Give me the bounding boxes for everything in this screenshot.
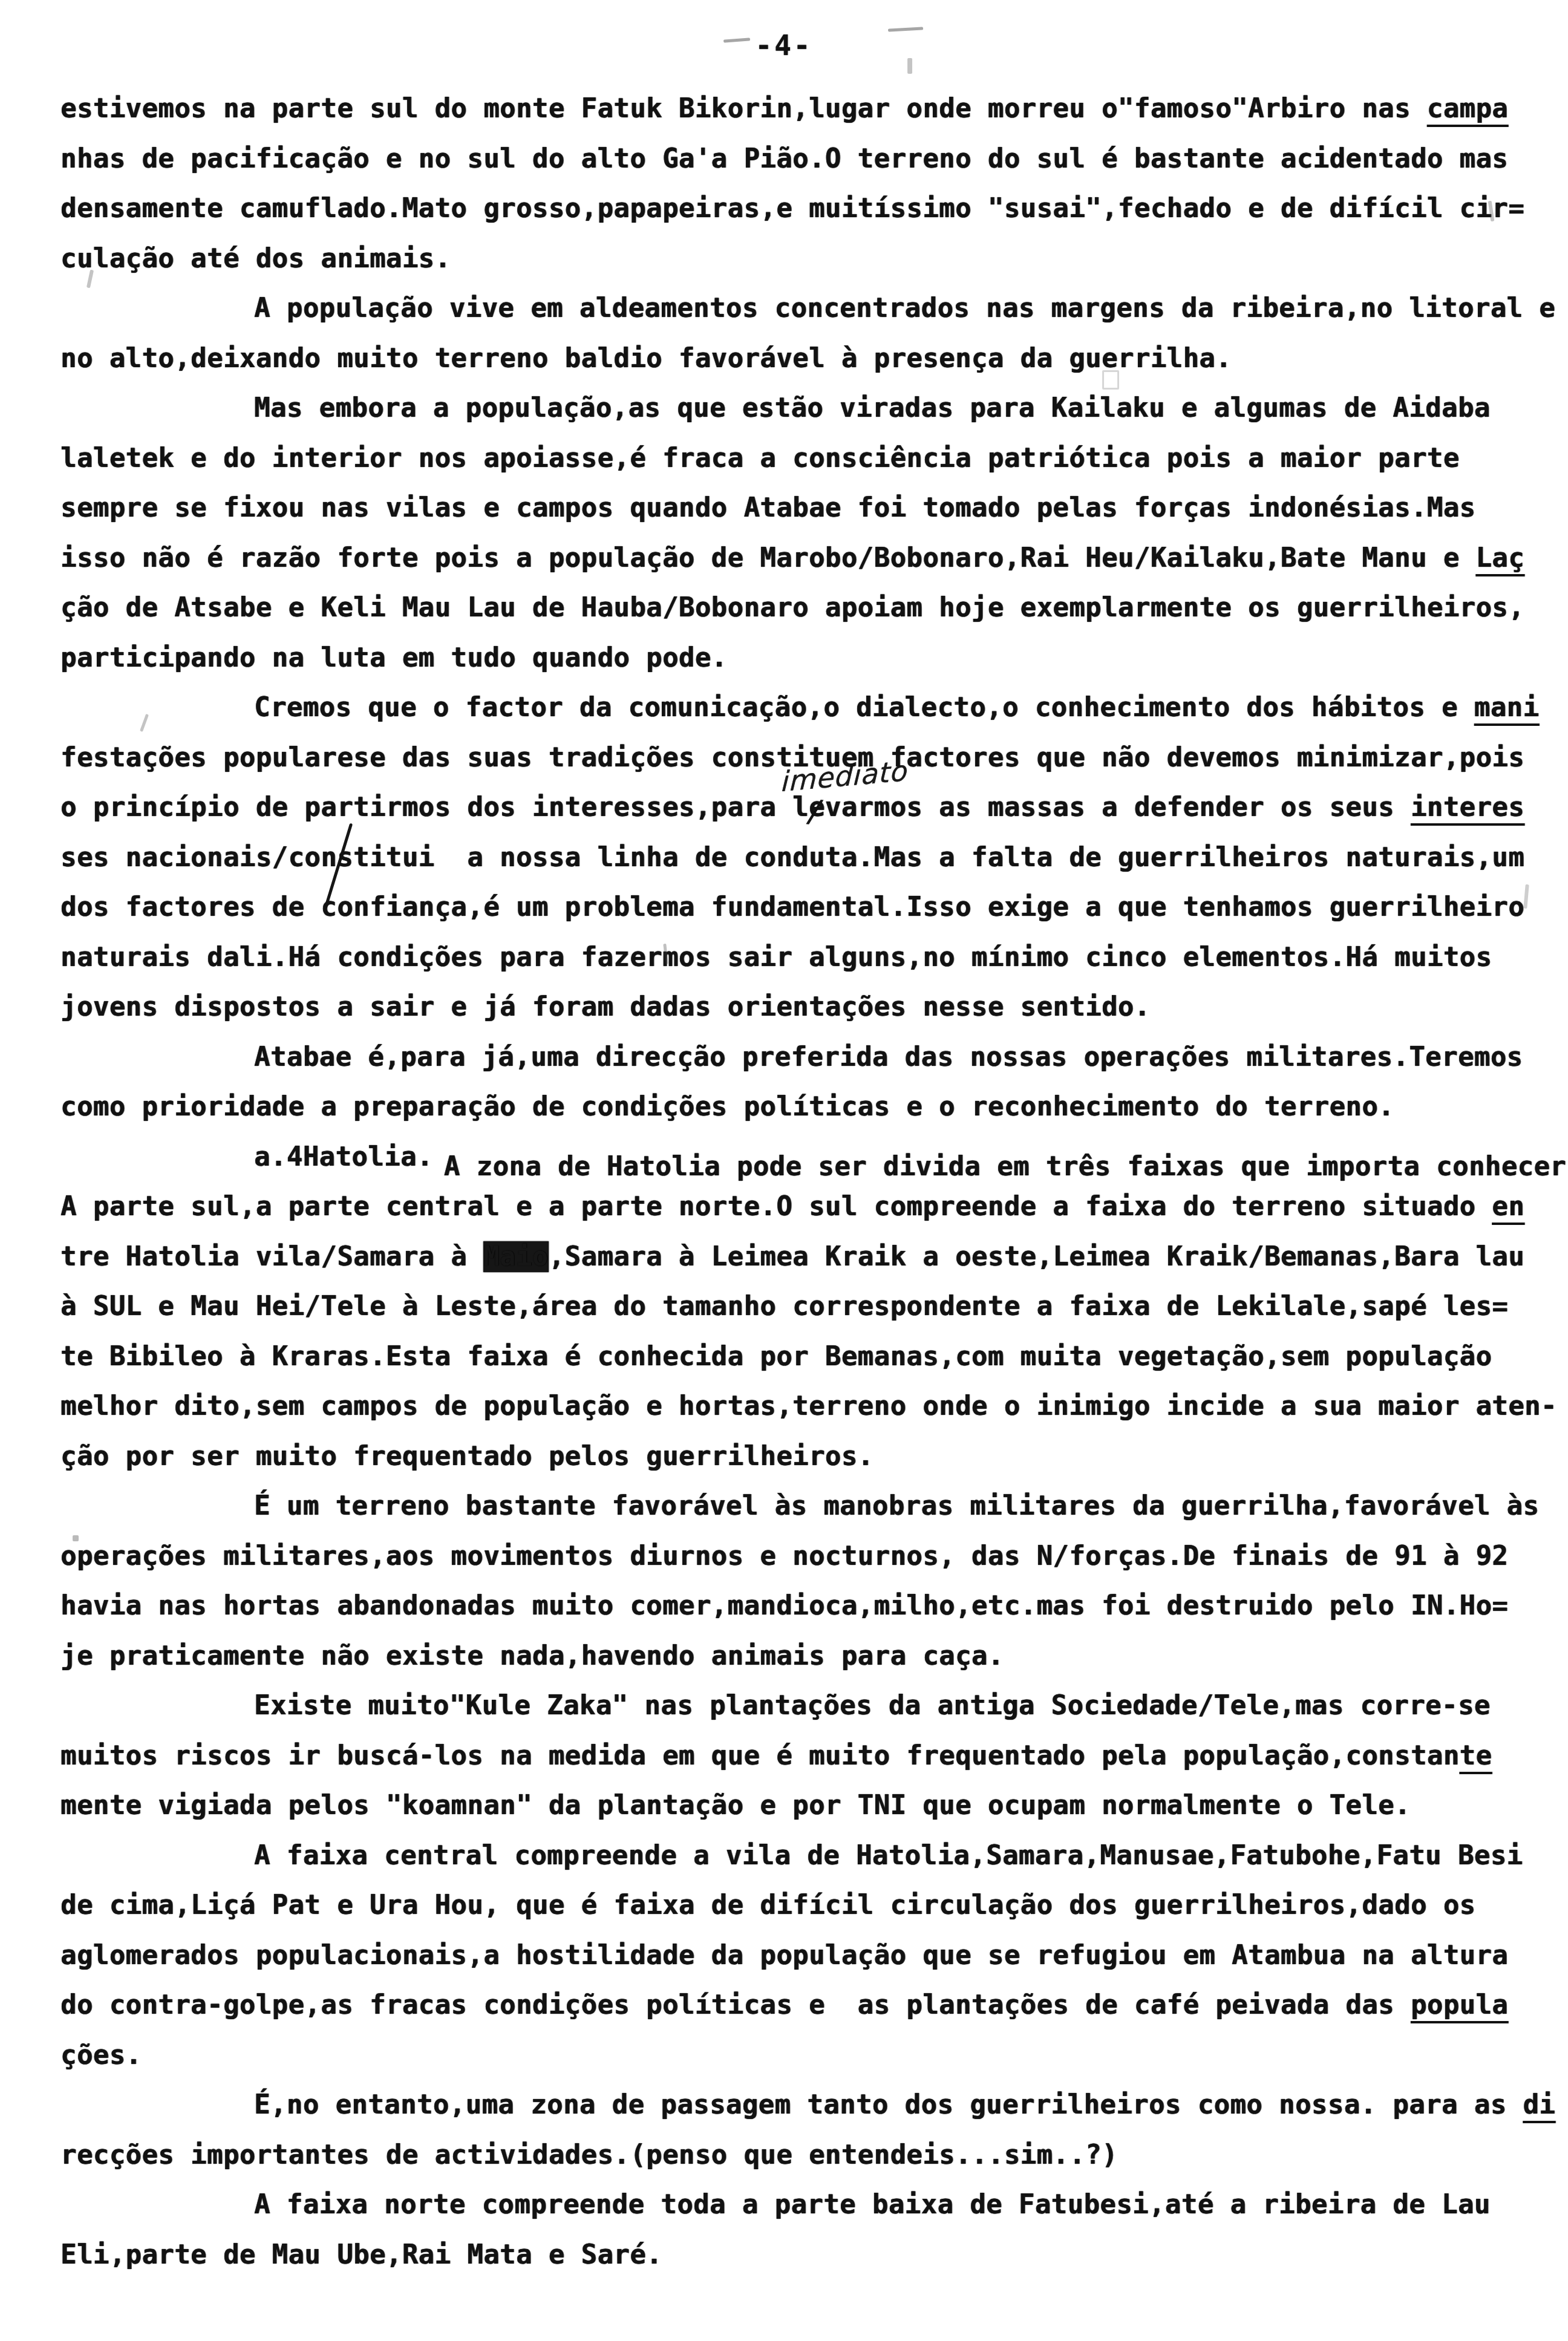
line-text: no alto,deixando muito terreno baldio fa… [60,343,1232,374]
text-line: É um terreno bastante favorável às manob… [60,1487,1550,1537]
line-text: nhas de pacificação e no sul do alto Ga'… [60,143,1508,174]
text-line: Eli,parte de Mau Ube,Rai Mata e Saré. [60,2236,1550,2286]
text-line: recções importantes de actividades.(pens… [60,2136,1550,2186]
line-text: estivemos na parte sul do monte Fatuk Bi… [60,93,1427,124]
line-text: te Bibileo à Kraras.Esta faixa é conheci… [60,1341,1492,1372]
text-line: A parte sul,a parte central e a parte no… [60,1187,1550,1238]
text-line: à SUL e Mau Hei/Tele à Leste,área do tam… [60,1287,1550,1337]
text-line: tre Hatolia vila/Samara à Maio,Samara à … [60,1238,1550,1288]
line-text: ções. [60,2040,142,2071]
text-line: A população vive em aldeamentos concentr… [60,289,1550,339]
text-line: Mas embora a população,as que estão vira… [60,389,1550,439]
text-line: operações militares,aos movimentos diurn… [60,1537,1550,1587]
text-line: estivemos na parte sul do monte Fatuk Bi… [60,90,1550,140]
line-text: ,Samara à Leimea Kraik a oeste,Leimea Kr… [549,1241,1524,1272]
line-text: como prioridade a preparação de condiçõe… [60,1091,1394,1122]
text-line: aglomerados populacionais,a hostilidade … [60,1936,1550,1987]
scanned-document-page: -4- imediato / estivemos na parte sul do… [0,0,1568,2341]
text-line: culação até dos animais. [60,240,1550,290]
line-text: ção por ser muito frequentado pelos guer… [60,1441,874,1472]
text-line: o princípio de partirmos dos interesses,… [60,788,1550,838]
text-line: sempre se fixou nas vilas e campos quand… [60,489,1550,539]
line-segment-underline: di [1523,2089,1555,2120]
line-text: melhor dito,sem campos de população e ho… [60,1391,1557,1422]
scan-noise-mark [73,1535,79,1541]
text-line: de cima,Liçá Pat e Ura Hou, que é faixa … [60,1886,1550,1936]
line-text: je praticamente não existe nada,havendo … [60,1641,1004,1671]
line-text: havia nas hortas abandonadas muito comer… [60,1590,1508,1621]
line-text: jovens dispostos a sair e já foram dadas… [60,991,1151,1022]
line-text: o princípio de partirmos dos interesses,… [60,792,1411,823]
text-line: melhor dito,sem campos de população e ho… [60,1387,1550,1437]
line-segment-underline: campa [1427,93,1508,124]
line-text: festações popularese das suas tradições … [60,742,1524,773]
text-line: Atabae é,para já,uma direcção preferida … [60,1038,1550,1088]
line-segment-underline: mani [1474,692,1540,723]
text-line: do contra-golpe,as fracas condições polí… [60,1986,1550,2036]
text-line: laletek e do interior nos apoiasse,é fra… [60,439,1550,489]
line-text: Atabae é,para já,uma direcção preferida … [254,1042,1523,1073]
text-line: havia nas hortas abandonadas muito comer… [60,1587,1550,1637]
text-line: mente vigiada pelos "koamnan" da plantaç… [60,1786,1550,1837]
line-text: A faixa norte compreende toda a parte ba… [254,2189,1491,2220]
line-text: mente vigiada pelos "koamnan" da plantaç… [60,1790,1411,1821]
line-segment-header: a.4Hatolia. [254,1141,433,1172]
text-line: A faixa central compreende a vila de Hat… [60,1837,1550,1887]
text-line: Cremos que o factor da comunicação,o dia… [60,688,1550,739]
text-line: jovens dispostos a sair e já foram dadas… [60,988,1550,1038]
text-line: je praticamente não existe nada,havendo … [60,1637,1550,1687]
line-segment-strike: Maio [483,1241,549,1272]
line-segment-underline: te [1460,1740,1492,1771]
line-text: Mas embora a população,as que estão vira… [254,393,1491,423]
line-text: naturais dali.Há condições para fazermos… [60,942,1492,973]
line-text: É,no entanto,uma zona de passagem tanto … [254,2089,1523,2120]
line-segment-underline: popula [1411,1990,1508,2020]
line-text: ção de Atsabe e Keli Mau Lau de Hauba/Bo… [60,592,1524,623]
line-text: A faixa central compreende a vila de Hat… [254,1840,1523,1871]
line-text: laletek e do interior nos apoiasse,é fra… [60,443,1460,474]
text-line: naturais dali.Há condições para fazermos… [60,938,1550,988]
line-segment-underline: interes [1411,792,1524,823]
text-line: isso não é razão forte pois a população … [60,539,1550,589]
line-segment-underline: Laç [1475,543,1524,573]
line-text: A população vive em aldeamentos concentr… [254,293,1555,324]
line-text: isso não é razão forte pois a população … [60,543,1475,573]
text-line: Existe muito"Kule Zaka" nas plantações d… [60,1686,1550,1737]
text-line: participando na luta em tudo quando pode… [60,639,1550,689]
line-text: densamente camuflado.Mato grosso,papapei… [60,193,1524,224]
text-line: A faixa norte compreende toda a parte ba… [60,2186,1550,2236]
line-text: recções importantes de actividades.(pens… [60,2140,1118,2170]
text-line: a.4Hatolia.A zona de Hatolia pode ser di… [60,1138,1550,1188]
line-text: sempre se fixou nas vilas e campos quand… [60,492,1475,523]
scan-noise-mark [1102,370,1119,390]
line-text: muitos riscos ir buscá-los na medida em … [60,1740,1460,1771]
line-text: Cremos que o factor da comunicação,o dia… [254,692,1474,723]
line-text: tre Hatolia vila/Samara à [60,1241,483,1272]
text-line: como prioridade a preparação de condiçõe… [60,1088,1550,1138]
line-text: aglomerados populacionais,a hostilidade … [60,1940,1508,1971]
line-text: Existe muito"Kule Zaka" nas plantações d… [254,1690,1491,1721]
line-text: culação até dos animais. [60,243,451,274]
text-line: muitos riscos ir buscá-los na medida em … [60,1737,1550,1787]
line-text: É um terreno bastante favorável às manob… [254,1490,1539,1521]
text-line: ções. [60,2036,1550,2086]
line-segment-underline: en [1492,1191,1524,1222]
line-text: dos factores de confiança,é um problema … [60,892,1524,922]
text-line: ção por ser muito frequentado pelos guer… [60,1437,1550,1487]
text-line: te Bibileo à Kraras.Esta faixa é conheci… [60,1337,1550,1388]
scan-noise-mark [907,58,912,74]
text-line: dos factores de confiança,é um problema … [60,888,1550,938]
line-text: A parte sul,a parte central e a parte no… [60,1191,1492,1222]
text-line: densamente camuflado.Mato grosso,papapei… [60,189,1550,240]
line-text: do contra-golpe,as fracas condições polí… [60,1990,1411,2020]
line-text: Eli,parte de Mau Ube,Rai Mata e Saré. [60,2239,662,2270]
page-number: -4- [0,29,1568,62]
line-text: de cima,Liçá Pat e Ura Hou, que é faixa … [60,1890,1475,1921]
text-line: festações popularese das suas tradições … [60,739,1550,789]
line-text: participando na luta em tudo quando pode… [60,642,728,673]
line-text: à SUL e Mau Hei/Tele à Leste,área do tam… [60,1291,1508,1322]
text-line: ses nacionais/constitui a nossa linha de… [60,838,1550,889]
typewritten-text-block: estivemos na parte sul do monte Fatuk Bi… [60,90,1550,2285]
line-segment-rest: A zona de Hatolia pode ser divida em trê… [444,1151,1566,1182]
text-line: no alto,deixando muito terreno baldio fa… [60,339,1550,390]
line-text: operações militares,aos movimentos diurn… [60,1541,1508,1572]
text-line: É,no entanto,uma zona de passagem tanto … [60,2086,1550,2136]
text-line: ção de Atsabe e Keli Mau Lau de Hauba/Bo… [60,589,1550,639]
text-line: nhas de pacificação e no sul do alto Ga'… [60,140,1550,190]
line-text: ses nacionais/constitui a nossa linha de… [60,842,1524,873]
